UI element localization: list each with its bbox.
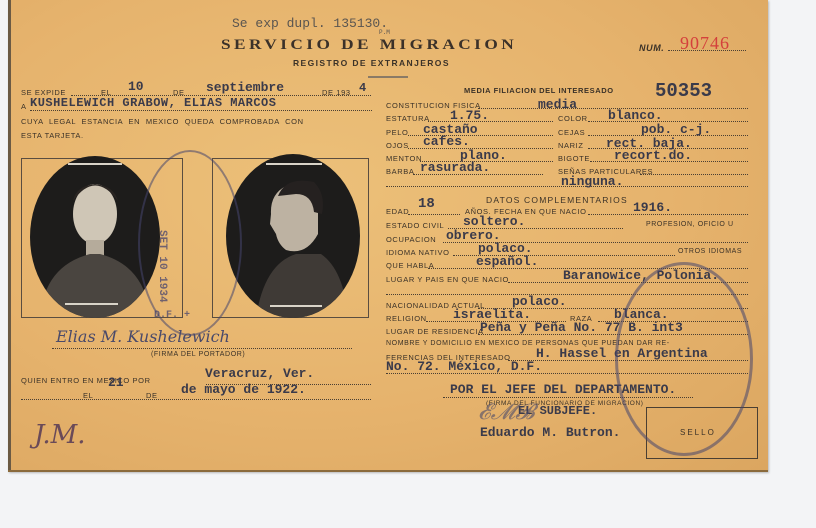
- date-stamp: [138, 150, 242, 336]
- title-rule: [368, 76, 408, 78]
- holder-signature-caption: (FIRMA DEL PORTADOR): [151, 351, 245, 358]
- pelo-label: PELO: [386, 128, 408, 137]
- stamp-date: SET 10 1934: [156, 230, 168, 303]
- card-edge: [8, 0, 11, 470]
- entry-de-label: DE: [146, 391, 158, 400]
- filiacion-heading: MEDIA FILIACION DEL INTERESADO: [464, 86, 614, 95]
- immigration-card: Se exp dupl. 135130. P.M SERVICIO DE MIG…: [8, 0, 768, 472]
- color-value: blanco.: [608, 108, 663, 123]
- religion-label: RELIGION: [386, 314, 427, 323]
- estado-civil-value: soltero.: [463, 214, 525, 229]
- constitucion-value: media: [538, 97, 577, 112]
- ocupacion-label: OCUPACION: [386, 235, 436, 244]
- stamp-ring-text: D.F. +: [154, 310, 190, 321]
- referencias-value-cont: No. 72. México, D.F.: [386, 359, 542, 374]
- entry-port: Veracruz, Ver.: [205, 366, 314, 381]
- barba-label: BARBA: [386, 167, 414, 176]
- estatura-value: 1.75.: [450, 108, 489, 123]
- senas-value: ninguna.: [561, 174, 623, 189]
- edad-label: EDAD: [386, 207, 409, 216]
- official-signature-scrawl: 𝓔𝓜𝓑: [478, 400, 535, 425]
- document-title: SERVICIO DE MIGRACION: [221, 37, 517, 54]
- official-name: Eduardo M. Butron.: [480, 425, 620, 440]
- issue-month: septiembre: [206, 80, 284, 95]
- complementarios-heading: DATOS COMPLEMENTARIOS: [486, 195, 628, 205]
- holder-signature: Elias M. Kushelewich: [56, 327, 230, 346]
- a-label: A: [21, 102, 27, 111]
- residencia-label: LUGAR DE RESIDENCIA: [386, 327, 484, 336]
- cejas-value: pob. c-j.: [641, 122, 711, 137]
- fecha-nacimiento-value: 1916.: [633, 200, 672, 215]
- barba-value: rasurada.: [420, 160, 490, 175]
- quien-entro-label: QUIEN ENTRO EN MEXICO POR: [21, 376, 151, 385]
- duplicate-note-sub: P.M: [379, 29, 390, 36]
- idioma-label: IDIOMA NATIVO: [386, 248, 450, 257]
- card-number: 90746: [680, 33, 730, 54]
- menton-label: MENTON: [386, 154, 422, 163]
- ojos-label: OJOS: [386, 141, 409, 150]
- year-label: DE 193: [322, 88, 351, 97]
- estado-civil-label: ESTADO CIVIL: [386, 221, 444, 230]
- record-number: 50353: [655, 80, 712, 102]
- statement-line-2: ESTA TARJETA.: [21, 131, 84, 140]
- duplicate-note: Se exp dupl. 135130.: [232, 16, 388, 31]
- entry-date: de mayo de 1922.: [181, 382, 306, 397]
- num-label: NUM.: [639, 43, 664, 53]
- statement-line-1: CUYA LEGAL ESTANCIA EN MEXICO QUEDA COMP…: [21, 117, 304, 126]
- holder-name: KUSHELEWICH GRABOW, ELIAS MARCOS: [30, 96, 276, 110]
- otros-idiomas-label: OTROS IDIOMAS: [678, 248, 742, 255]
- cejas-label: CEJAS: [558, 128, 585, 137]
- bigote-value: recort.do.: [614, 148, 692, 163]
- otros-idiomas-value: español.: [476, 254, 538, 269]
- nariz-label: NARIZ: [558, 141, 584, 150]
- lugar-nacimiento-label: LUGAR Y PAIS EN QUE NACIO: [386, 275, 509, 284]
- ojos-value: cafes.: [423, 134, 470, 149]
- entry-day: 21: [108, 375, 124, 390]
- bigote-label: BIGOTE: [558, 154, 590, 163]
- official-stamp: [615, 262, 753, 456]
- year-digit: 4: [359, 81, 366, 95]
- edad-value: 18: [418, 196, 435, 212]
- color-label: COLOR: [558, 114, 588, 123]
- issue-day: 10: [128, 79, 144, 94]
- profile-portrait-photo: [226, 154, 360, 318]
- margin-initials: J.M.: [34, 420, 86, 450]
- document-subtitle: REGISTRO DE EXTRANJEROS: [293, 58, 450, 68]
- profesion-label: PROFESION, OFICIO U: [646, 221, 734, 228]
- entry-el-label: EL: [83, 391, 93, 400]
